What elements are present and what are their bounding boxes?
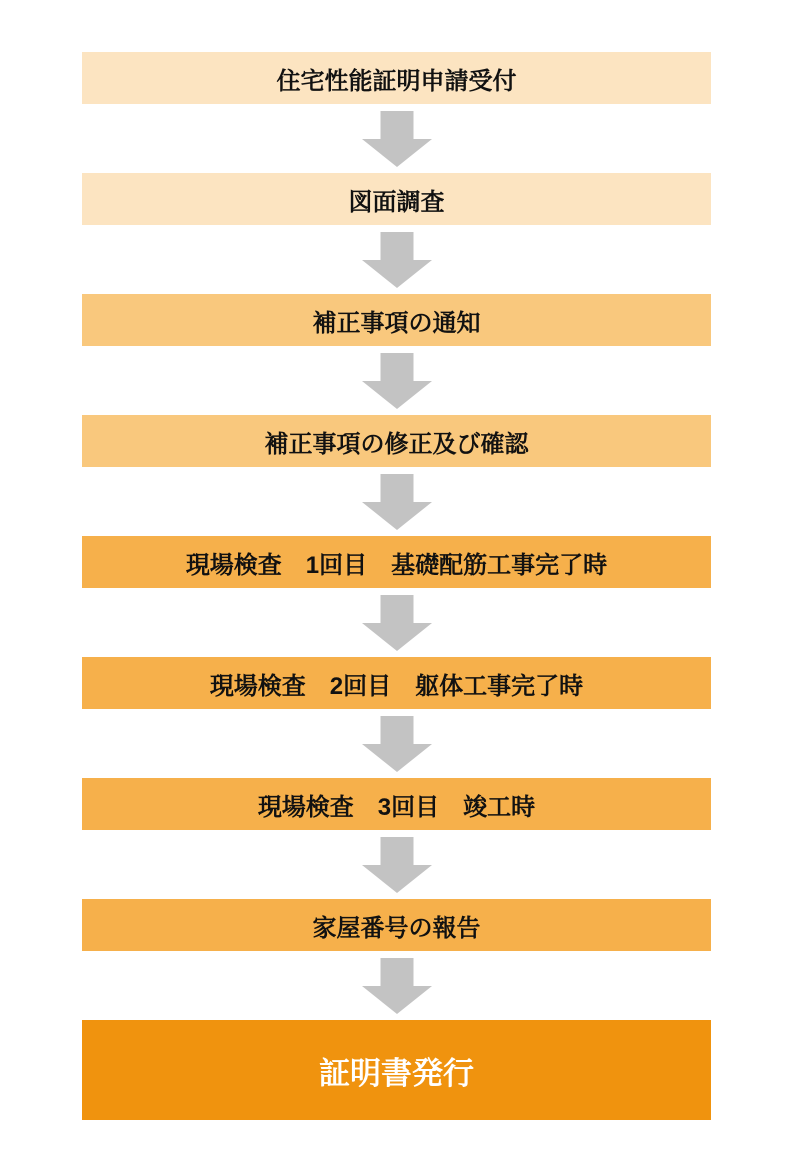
flow-step-label: 証明書発行: [319, 1048, 474, 1093]
down-arrow-icon: [362, 958, 432, 1014]
flow-arrow-1: [82, 104, 711, 173]
flow-step-label: 補正事項の修正及び確認: [265, 424, 529, 459]
flow-step-label: 住宅性能証明申請受付: [277, 61, 517, 96]
flow-step-8: 家屋番号の報告: [82, 899, 711, 951]
down-arrow-icon: [362, 111, 432, 167]
flow-arrow-7: [82, 830, 711, 899]
flow-step-1: 住宅性能証明申請受付: [82, 52, 711, 104]
down-arrow-icon: [362, 595, 432, 651]
flow-arrow-8: [82, 951, 711, 1020]
flow-step-label: 家屋番号の報告: [313, 908, 481, 943]
flow-step-6: 現場検査 2回目 躯体工事完了時: [82, 657, 711, 709]
flowchart-canvas: 住宅性能証明申請受付 図面調査 補正事項の通知 補正事項の修正及び確認 現場検査…: [0, 0, 793, 1174]
flow-arrow-5: [82, 588, 711, 657]
flow-step-label: 現場検査 3回目 竣工時: [258, 787, 535, 822]
flow-step-label: 図面調査: [349, 182, 445, 217]
down-arrow-icon: [362, 716, 432, 772]
down-arrow-icon: [362, 232, 432, 288]
certification-flowchart: 住宅性能証明申請受付 図面調査 補正事項の通知 補正事項の修正及び確認 現場検査…: [82, 0, 711, 1120]
flow-arrow-2: [82, 225, 711, 294]
flow-arrow-3: [82, 346, 711, 415]
flow-step-9: 証明書発行: [82, 1020, 711, 1120]
flow-step-5: 現場検査 1回目 基礎配筋工事完了時: [82, 536, 711, 588]
flow-step-label: 現場検査 2回目 躯体工事完了時: [210, 666, 583, 701]
down-arrow-icon: [362, 837, 432, 893]
down-arrow-icon: [362, 353, 432, 409]
down-arrow-icon: [362, 474, 432, 530]
flow-arrow-4: [82, 467, 711, 536]
flow-step-7: 現場検査 3回目 竣工時: [82, 778, 711, 830]
flow-step-label: 現場検査 1回目 基礎配筋工事完了時: [186, 545, 607, 580]
flow-step-4: 補正事項の修正及び確認: [82, 415, 711, 467]
flow-step-label: 補正事項の通知: [313, 303, 481, 338]
flow-step-3: 補正事項の通知: [82, 294, 711, 346]
flow-arrow-6: [82, 709, 711, 778]
flow-step-2: 図面調査: [82, 173, 711, 225]
